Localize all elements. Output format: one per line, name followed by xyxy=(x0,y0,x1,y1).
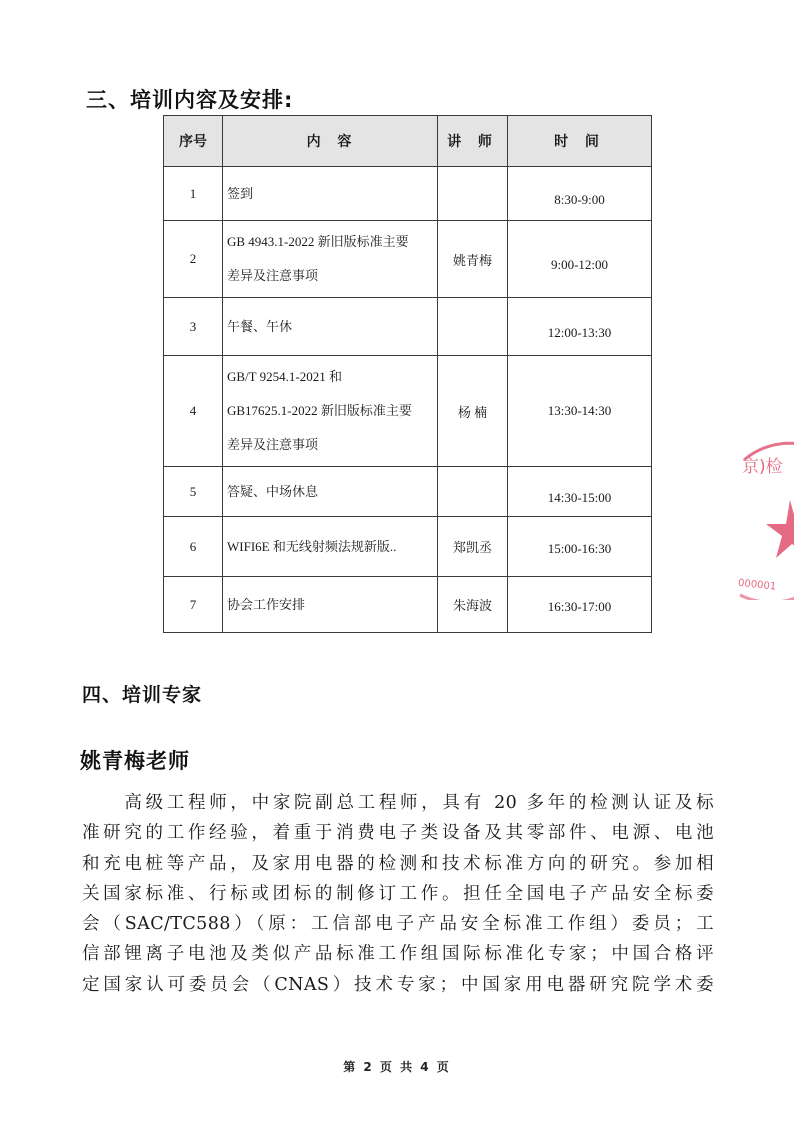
header-lecturer: 讲 师 xyxy=(438,116,508,167)
header-no: 序号 xyxy=(164,116,223,167)
cell-no: 4 xyxy=(164,356,223,467)
cell-content: WIFI6E 和无线射频法规新版.. xyxy=(223,517,438,577)
cell-no: 1 xyxy=(164,167,223,221)
svg-text:京)检: 京)检 xyxy=(742,457,783,477)
cell-no: 5 xyxy=(164,467,223,517)
cell-no: 7 xyxy=(164,577,223,633)
table-row: 1 签到 8:30-9:00 xyxy=(164,167,652,221)
table-row: 6 WIFI6E 和无线射频法规新版.. 郑凯丞 15:00-16:30 xyxy=(164,517,652,577)
cell-time: 16:30-17:00 xyxy=(508,577,652,633)
cell-lecturer: 朱海波 xyxy=(438,577,508,633)
table-row: 4 GB/T 9254.1-2021 和 GB17625.1-2022 新旧版标… xyxy=(164,356,652,467)
cell-lecturer xyxy=(438,298,508,356)
cell-lecturer: 郑凯丞 xyxy=(438,517,508,577)
cell-no: 6 xyxy=(164,517,223,577)
table-row: 3 午餐、午休 12:00-13:30 xyxy=(164,298,652,356)
cell-lecturer: 杨 楠 xyxy=(438,356,508,467)
table-header-row: 序号 内 容 讲 师 时 间 xyxy=(164,116,652,167)
table-row: 7 协会工作安排 朱海波 16:30-17:00 xyxy=(164,577,652,633)
cell-no: 2 xyxy=(164,221,223,298)
page-number-footer: 第 2 页 共 4 页 xyxy=(0,1058,794,1075)
expert-bio-paragraph: 高级工程师，中家院副总工程师，具有 20 多年的检测认证及标 准研究的工作经验，… xyxy=(82,788,714,1000)
cell-content: 协会工作安排 xyxy=(223,577,438,633)
cell-time: 9:00-12:00 xyxy=(508,221,652,298)
cell-time: 14:30-15:00 xyxy=(508,467,652,517)
cell-lecturer: 姚青梅 xyxy=(438,221,508,298)
svg-text:000001: 000001 xyxy=(737,578,776,593)
header-time: 时 间 xyxy=(508,116,652,167)
cell-time: 13:30-14:30 xyxy=(508,356,652,467)
official-seal-stamp: 京)检 000001 xyxy=(730,430,794,600)
cell-content: 签到 xyxy=(223,167,438,221)
table-row: 5 答疑、中场休息 14:30-15:00 xyxy=(164,467,652,517)
cell-content: GB/T 9254.1-2021 和 GB17625.1-2022 新旧版标准主… xyxy=(223,356,438,467)
cell-time: 12:00-13:30 xyxy=(508,298,652,356)
cell-lecturer xyxy=(438,467,508,517)
cell-content: GB 4943.1-2022 新旧版标准主要 差异及注意事项 xyxy=(223,221,438,298)
expert-name-heading: 姚青梅老师 xyxy=(80,745,190,775)
cell-content: 午餐、午休 xyxy=(223,298,438,356)
section-3-heading: 三、培训内容及安排: xyxy=(86,84,293,114)
table-row: 2 GB 4943.1-2022 新旧版标准主要 差异及注意事项 姚青梅 9:0… xyxy=(164,221,652,298)
cell-lecturer xyxy=(438,167,508,221)
cell-content: 答疑、中场休息 xyxy=(223,467,438,517)
cell-time: 15:00-16:30 xyxy=(508,517,652,577)
seal-icon: 京)检 000001 xyxy=(730,430,794,600)
cell-time: 8:30-9:00 xyxy=(508,167,652,221)
header-content: 内 容 xyxy=(223,116,438,167)
cell-no: 3 xyxy=(164,298,223,356)
section-4-heading: 四、培训专家 xyxy=(82,680,202,707)
training-schedule-table: 序号 内 容 讲 师 时 间 1 签到 8:30-9:00 2 GB 4943.… xyxy=(163,115,652,633)
